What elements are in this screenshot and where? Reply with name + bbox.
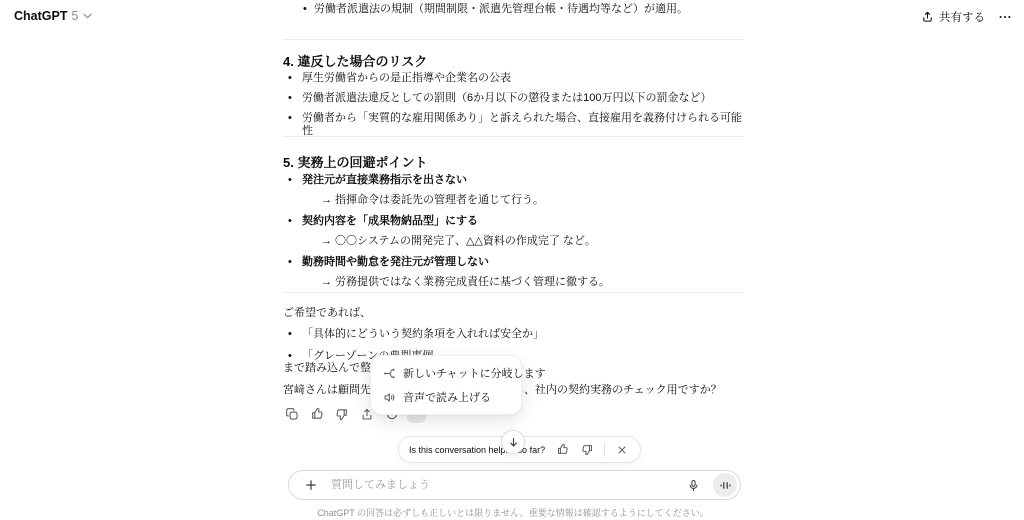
thumbs-down-icon bbox=[581, 443, 594, 456]
share-label: 共有する bbox=[939, 9, 985, 25]
voice-mode-button[interactable] bbox=[713, 473, 737, 497]
top-actions: 共有する bbox=[921, 7, 1014, 26]
menu-item-read-aloud[interactable]: 音声で読み上げる bbox=[375, 385, 517, 409]
conversation-options-button[interactable] bbox=[995, 7, 1014, 26]
section4-title: 4. 違反した場合のリスク bbox=[283, 51, 743, 70]
list-item: 厚生労働省からの是正指導や企業名の公表 bbox=[283, 72, 743, 85]
copy-icon bbox=[285, 407, 299, 421]
message-input[interactable] bbox=[331, 479, 673, 491]
item-detail: → 指揮命令は委託先の管理者を通じて行う。 bbox=[302, 194, 743, 207]
more-actions-menu: 新しいチャットに分岐します 音声で読み上げる bbox=[370, 355, 522, 415]
composer bbox=[288, 470, 741, 500]
menu-item-branch-chat[interactable]: 新しいチャットに分岐します bbox=[375, 361, 517, 385]
thumbs-down-icon bbox=[335, 407, 349, 421]
divider bbox=[283, 136, 743, 137]
list-item: 発注元が直接業務指示を出さない → 指揮命令は委託先の管理者を通じて行う。 bbox=[283, 174, 743, 207]
mic-icon bbox=[687, 479, 700, 492]
section5-item-list: 発注元が直接業務指示を出さない → 指揮命令は委託先の管理者を通じて行う。 契約… bbox=[283, 174, 743, 297]
menu-item-label: 新しいチャットに分岐します bbox=[403, 365, 546, 381]
thumbs-up-icon bbox=[310, 407, 324, 421]
copy-button[interactable] bbox=[282, 404, 301, 423]
model-version: 5 bbox=[71, 9, 78, 23]
feedback-close-button[interactable] bbox=[614, 442, 630, 458]
thumbs-down-button[interactable] bbox=[332, 404, 351, 423]
branch-icon bbox=[383, 367, 396, 380]
close-icon bbox=[616, 444, 628, 456]
item-detail: → 労務提供ではなく業務完成責任に基づく管理に徹する。 bbox=[302, 276, 743, 289]
list-item: 労働者派遣法の規制（期間制限・派遣先管理台帳・待遇均等など）が適用。 bbox=[283, 3, 743, 16]
item-title: 発注元が直接業務指示を出さない bbox=[302, 174, 743, 187]
item-detail: → 〇〇システムの開発完了、△△資料の作成完了 など。 bbox=[302, 235, 743, 248]
section5-title: 5. 実務上の回避ポイント bbox=[283, 152, 743, 171]
thumbs-up-button[interactable] bbox=[307, 404, 326, 423]
scroll-to-bottom-button[interactable] bbox=[501, 430, 525, 454]
menu-item-label: 音声で読み上げる bbox=[403, 389, 491, 405]
divider bbox=[283, 39, 743, 40]
list-item: 労働者から「実質的な雇用関係あり」と訴えられた場合、直接雇用を義務付けられる可能… bbox=[283, 112, 743, 138]
thumbs-up-icon bbox=[556, 443, 569, 456]
list-item: 契約内容を「成果物納品型」にする → 〇〇システムの開発完了、△△資料の作成完了… bbox=[283, 215, 743, 248]
intro-bullet-list: 労働者派遣法の規制（期間制限・派遣先管理台帳・待遇均等など）が適用。 bbox=[283, 3, 743, 23]
disclaimer-text: ChatGPT の回答は必ずしも正しいとは限りません。重要な情報は確認するように… bbox=[283, 506, 743, 519]
plus-icon bbox=[304, 478, 318, 492]
share-button[interactable]: 共有する bbox=[921, 9, 985, 25]
question-right-fragment: 、社内の契約実務のチェック用ですか？ bbox=[524, 384, 722, 397]
chevron-down-icon bbox=[83, 13, 92, 19]
item-title: 契約内容を「成果物納品型」にする bbox=[302, 215, 743, 228]
attach-button[interactable] bbox=[299, 473, 323, 497]
app-name: ChatGPT bbox=[14, 9, 67, 23]
question-left-fragment: 宮﨑さんは顧問先向 bbox=[283, 384, 382, 397]
divider bbox=[283, 292, 743, 293]
scroll-down-icon bbox=[507, 436, 520, 449]
divider bbox=[604, 442, 605, 457]
section4-bullet-list: 厚生労働省からの是正指導や企業名の公表 労働者派遣法違反としての罰則（6か月以下… bbox=[283, 72, 743, 145]
closing-partial-line: まで踏み込んで整理 bbox=[283, 362, 382, 375]
list-item: 労働者派遣法違反としての罰則（6か月以下の懲役または100万円以下の罰金など） bbox=[283, 92, 743, 105]
list-item: 「具体的にどういう契約条項を入れれば安全か」 bbox=[283, 328, 743, 341]
feedback-thumbs-up-button[interactable] bbox=[554, 442, 570, 458]
speaker-icon bbox=[383, 391, 396, 404]
item-title: 勤務時間や勤怠を発注元が管理しない bbox=[302, 256, 743, 269]
ellipsis-icon bbox=[998, 10, 1012, 24]
dictate-button[interactable] bbox=[681, 473, 705, 497]
model-switcher[interactable]: ChatGPT 5 bbox=[14, 9, 92, 23]
feedback-question: Is this conversation helpful so far? bbox=[409, 445, 545, 455]
waveform-icon bbox=[719, 479, 732, 492]
upload-share-icon bbox=[921, 10, 934, 23]
feedback-thumbs-down-button[interactable] bbox=[579, 442, 595, 458]
closing-lead: ご希望であれば、 bbox=[283, 306, 743, 320]
list-item: 勤務時間や勤怠を発注元が管理しない → 労務提供ではなく業務完成責任に基づく管理… bbox=[283, 256, 743, 289]
